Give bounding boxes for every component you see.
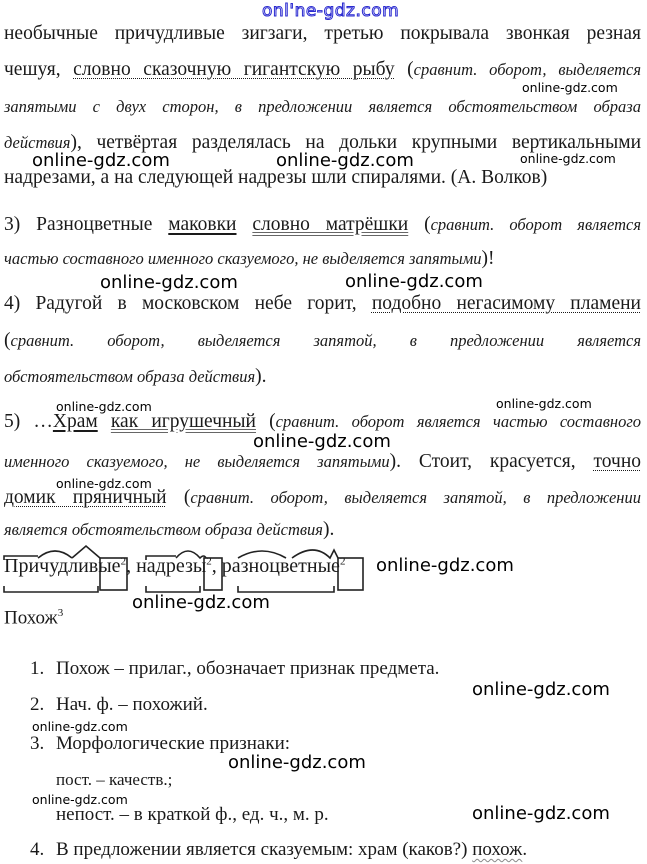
watermark: online-gdz.com (376, 555, 514, 576)
watermark-top: onl'ne-gdz.com (262, 1, 399, 21)
separator: , (212, 555, 222, 577)
text: 5) … (4, 411, 53, 432)
text: ). Стоит, красуется, (390, 451, 594, 472)
analysis-item-2: 2.Нач. ф. – похожий. (30, 693, 208, 717)
text: ). (323, 519, 334, 540)
superscript: 2 (340, 555, 346, 567)
watermark: online-gdz.com (345, 271, 483, 292)
item-text: Нач. ф. – похожий. (56, 694, 208, 715)
text: ( (167, 487, 191, 508)
item-text: Похож – прилаг., обозначает признак пред… (56, 658, 439, 679)
subject: Храм (53, 411, 98, 432)
morpheme-word-3: разноцветные (222, 555, 340, 578)
note: обстоятельством образа действия (4, 367, 255, 386)
intro-line-3: запятыми с двух сторон, в предложении яв… (4, 95, 641, 119)
text: ( (408, 214, 430, 235)
text: чешуя, (4, 59, 73, 80)
item-5-line-3: домик пряничный (сравнит. оборот, выделя… (4, 486, 641, 510)
note: частью составного именного сказуемого, н… (4, 249, 482, 268)
space (237, 214, 253, 235)
item-text: пост. – качеств.; (56, 770, 172, 789)
watermark: online-gdz.com (472, 803, 610, 824)
comparative-phrase: подобно негасимому пламени (372, 293, 641, 314)
intro-line-2: чешуя, словно сказочную гигантскую рыбу … (4, 58, 641, 82)
text: ( (395, 59, 414, 80)
predicate: словно матрёшки (252, 214, 408, 235)
item-number: 3. (30, 732, 56, 756)
watermark: online-gdz.com (100, 272, 238, 293)
analysis-item-3a: пост. – качеств.; (56, 768, 172, 792)
text: 3) Разноцветные (4, 214, 168, 235)
superscript: 3 (58, 607, 64, 619)
analysis-item-1: 1.Похож – прилаг., обозначает признак пр… (30, 657, 439, 681)
note: сравнит. оборот, выделяется запятой, в п… (11, 331, 642, 350)
item-text: . (522, 839, 527, 860)
analysis-item-3b: непост. – в краткой ф., ед. ч., м. р. (56, 803, 329, 827)
item-4-line-3: обстоятельством образа действия). (4, 365, 641, 389)
item-5-line-2: именного сказуемого, не выделяется запят… (4, 450, 641, 474)
item-5-line-4: является обстоятельством образа действия… (4, 518, 641, 542)
watermark: online-gdz.com (496, 396, 592, 411)
analysis-item-4: 4.В предложении является сказуемым: храм… (30, 838, 527, 862)
predicate: похож (472, 839, 522, 860)
watermark: online-gdz.com (520, 151, 616, 166)
note: сравнит. оборот является частью составно… (276, 412, 641, 431)
note: сравнит. оборот, выделяется запятой, в п… (190, 488, 641, 507)
comparative-phrase: словно сказочную гигантскую рыбу (73, 59, 394, 80)
text: ( (256, 411, 276, 432)
item-3-line-1: 3) Разноцветные маковки словно матрёшки … (4, 213, 641, 237)
note: именного сказуемого, не выделяется запят… (4, 452, 390, 471)
watermark: online-gdz.com (132, 592, 270, 613)
text: )! (482, 248, 495, 269)
item-3-line-2: частью составного именного сказуемого, н… (4, 247, 641, 271)
item-number: 2. (30, 693, 56, 717)
title-word: Похож (4, 607, 58, 628)
morpheme-word-2: надрезы (136, 555, 206, 578)
watermark: online-gdz.com (472, 679, 610, 700)
note: сравнит. оборот, выделяется (414, 60, 641, 79)
watermark: online-gdz.com (522, 80, 618, 95)
item-4-line-1: 4) Радугой в московском небе горит, подо… (4, 292, 641, 316)
comparative-phrase: точно (594, 451, 642, 472)
morphemic-words: Причудливые2, надрезы2, разноцветные2 (4, 555, 345, 578)
predicate: как игрушечный (111, 411, 256, 432)
analysis-title: Похож3 (4, 607, 63, 629)
text: 4) Радугой в московском небе горит, (4, 293, 372, 314)
text: ). (255, 366, 266, 387)
item-number: 4. (30, 838, 56, 862)
space (98, 411, 111, 432)
item-text: В предложении является сказуемым: храм (… (56, 839, 472, 860)
comparative-phrase: домик пряничный (4, 487, 167, 508)
item-4-line-2: (сравнит. оборот, выделяется запятой, в … (4, 329, 641, 353)
item-number: 1. (30, 657, 56, 681)
intro-line-1: необычные причудливые зигзаги, третью по… (4, 22, 641, 46)
note: является обстоятельством образа действия (4, 520, 323, 539)
separator: , (126, 555, 136, 577)
watermark: online-gdz.com (228, 752, 366, 773)
morpheme-word-1: Причудливые (4, 555, 121, 578)
note: сравнит. оборот является (431, 215, 641, 234)
watermark: online-gdz.com (253, 431, 391, 452)
intro-line-5: надрезами, а на следующей надрезы шли сп… (4, 166, 641, 190)
item-text: непост. – в краткой ф., ед. ч., м. р. (56, 804, 329, 825)
item-text: Морфологические признаки: (56, 733, 290, 754)
subject: маковки (168, 214, 236, 235)
